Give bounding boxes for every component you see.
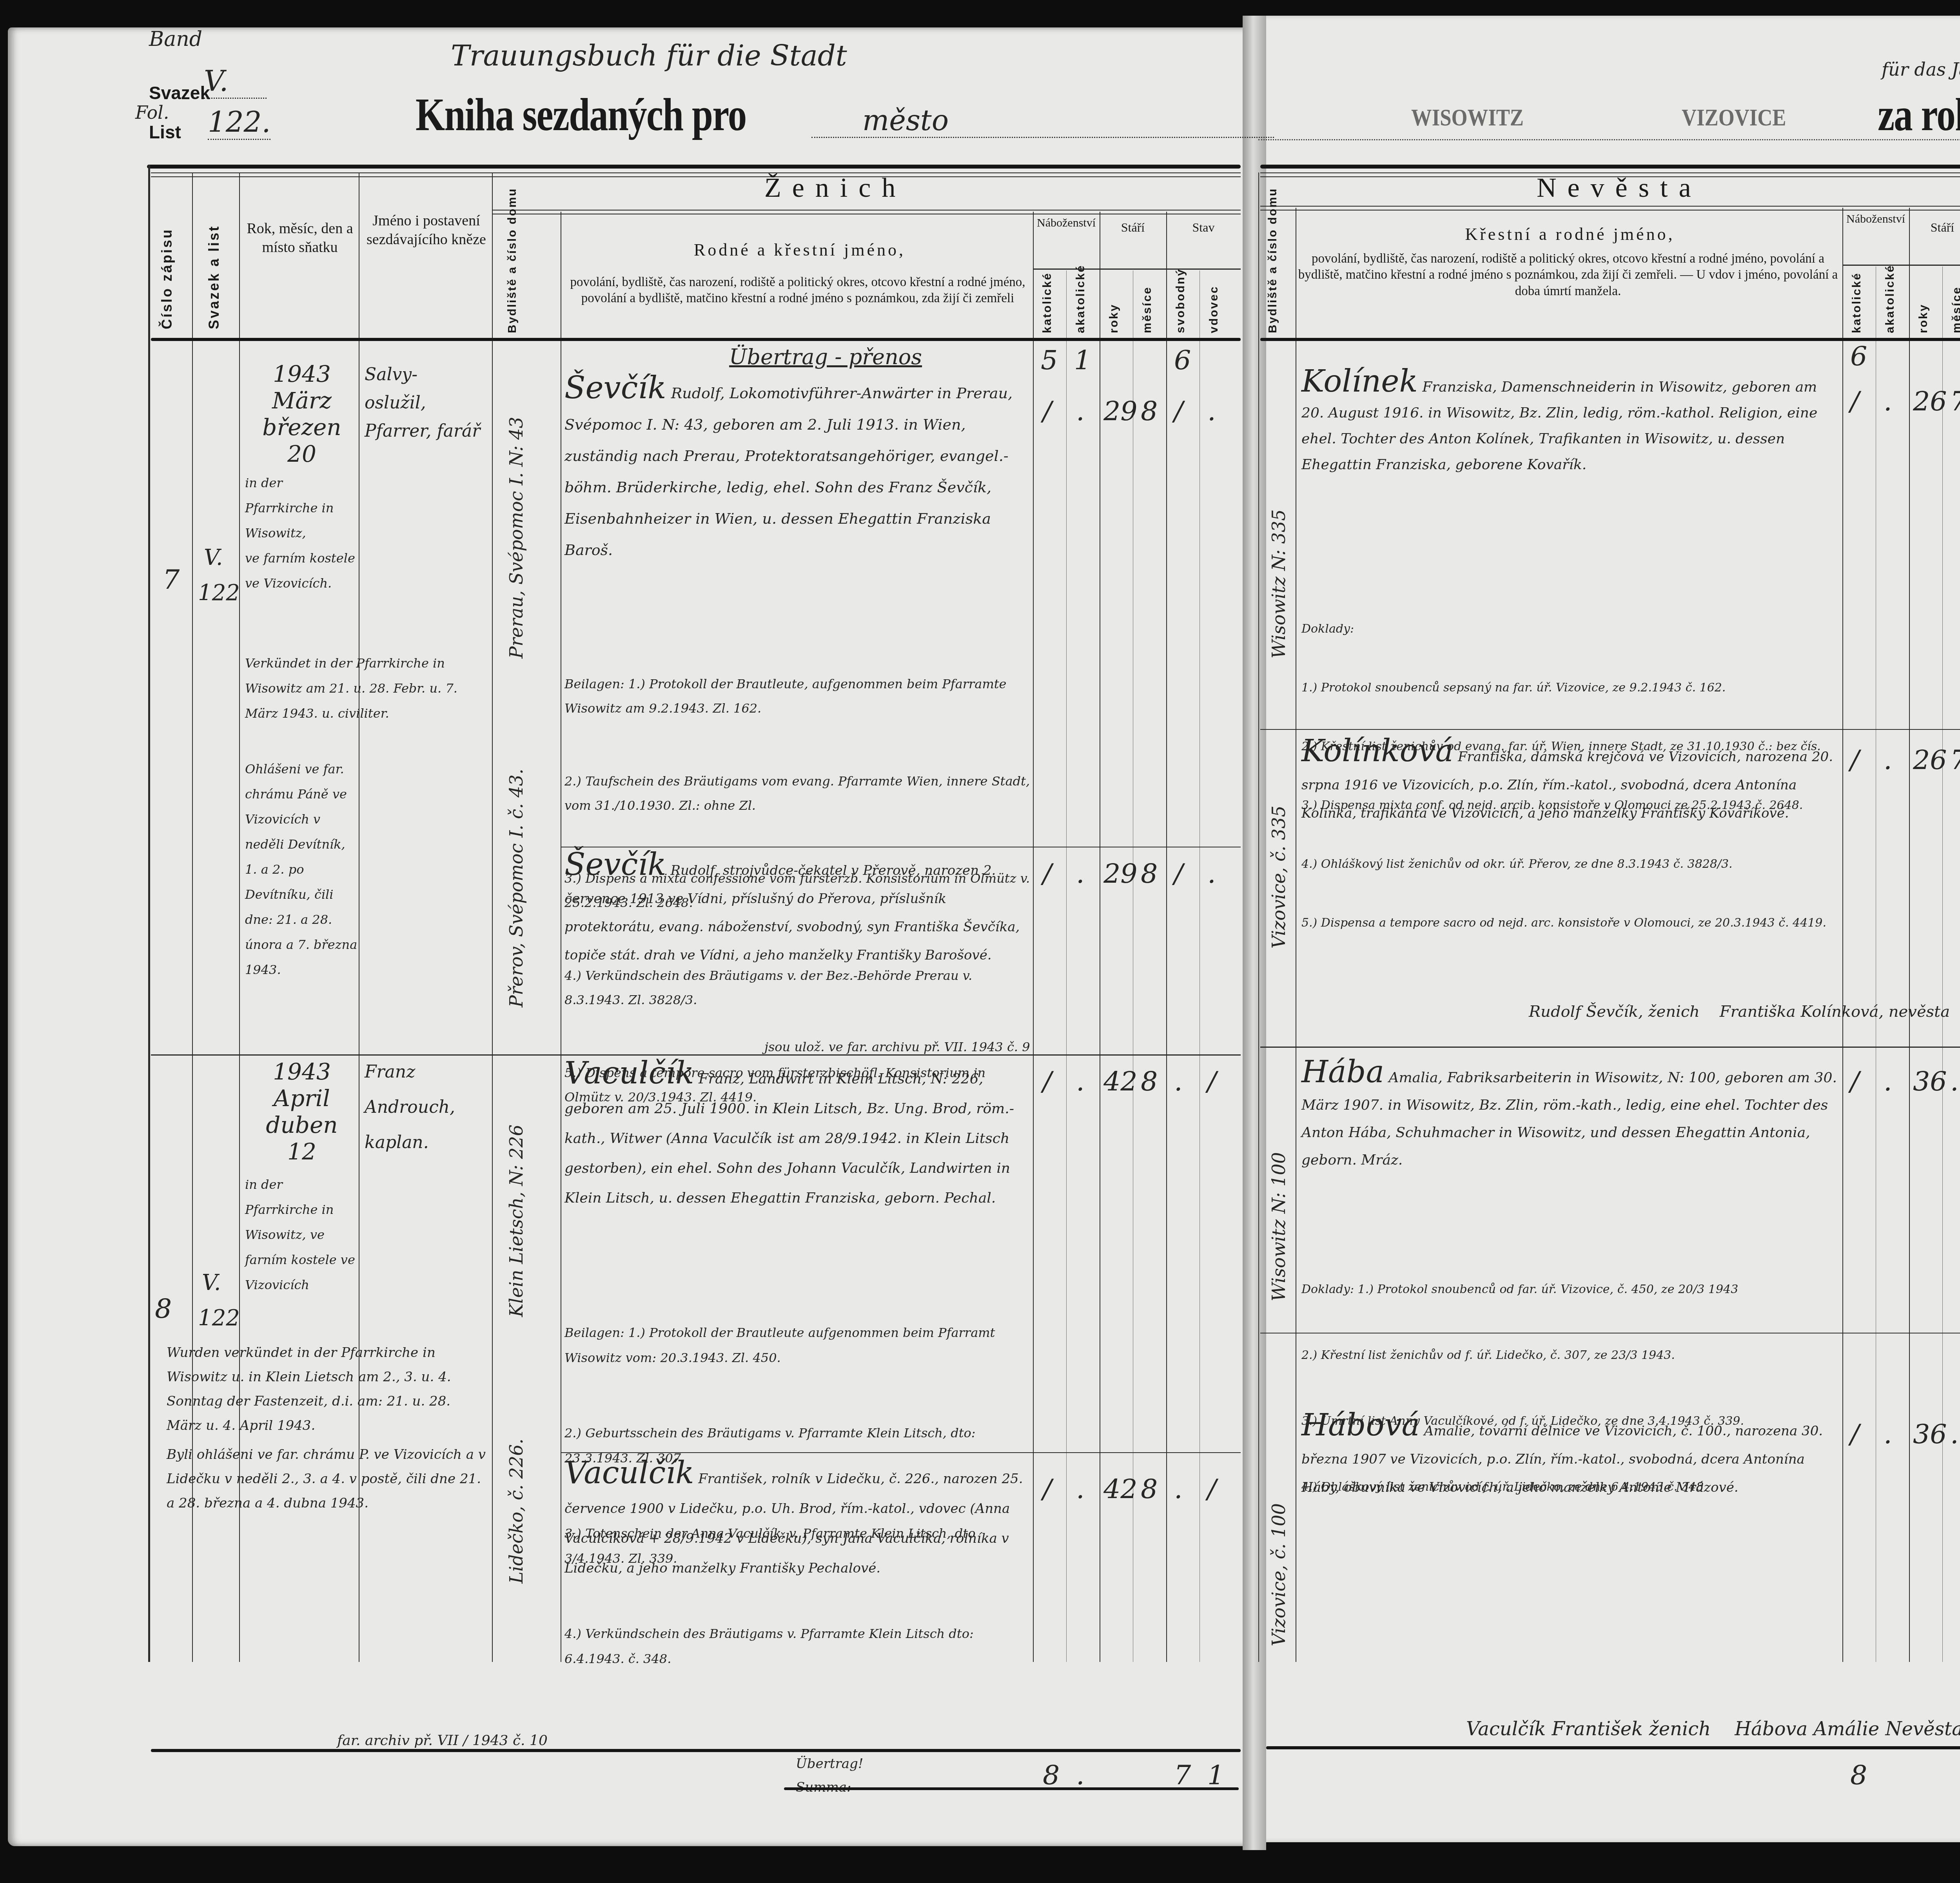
entry-divider (151, 1054, 1241, 1056)
entry-8-groom-months: 8 (1141, 1066, 1158, 1097)
entry-8-groom-residence-de: Klein Lietsch, N: 226 (506, 1058, 527, 1317)
entry-8-volume: V. (202, 1270, 221, 1295)
register-title-fill: město (811, 104, 1274, 138)
entry-8-groom-text-cz: Vaculčík František, rolník v Lidečku, č.… (564, 1458, 1031, 1583)
entry-divider (1260, 1047, 1960, 1048)
carry-bride-catholic: 6 (1850, 341, 1867, 372)
entry-7-groom-widower-cz: . (1207, 858, 1216, 889)
sub-entry-rule (1260, 729, 1960, 730)
header-bottom-rule (1260, 338, 1960, 341)
entry-8-banns-de: Wurden verkündet in der Pfarrkirche in W… (167, 1341, 488, 1438)
col-entry-number: Číslo zápisu (159, 227, 175, 329)
groom-section-title: Ženich (764, 172, 906, 204)
entry-7-groom-residence-cz: Přerov, Svépomoc I. č. 43. (506, 733, 527, 1007)
register-title: Kniha sezdaných pro (416, 88, 746, 141)
document-item: 4.) Verkündschein des Bräutigams v. Pfar… (564, 1621, 1031, 1671)
entry-7-groom-months-cz: 8 (1141, 858, 1158, 889)
col-divider (1166, 212, 1167, 1662)
svazek-label: Svazek (149, 82, 210, 103)
subheader-rule (1842, 265, 1960, 266)
entry-8-date: 1943 April duben 12 (247, 1058, 357, 1165)
entry-8-bride-catholic-cz: / (1850, 1419, 1859, 1450)
col-divider (1296, 208, 1296, 1662)
col-divider (1100, 212, 1100, 1662)
entry-7-banns-cz: Ohlášeni ve far. chrámu Páně ve Vizovicí… (245, 756, 359, 982)
document-item: Doklady: (1301, 619, 1960, 639)
entry-7-groom-noncatholic-cz: . (1076, 858, 1085, 889)
book-gutter (1243, 16, 1266, 1850)
entry-8-groom-catholic: / (1043, 1066, 1052, 1097)
section-rule (492, 210, 1241, 214)
entry-7-groom-text-de: Ševčík Rudolf, Lokomotivführer-Anwärter … (564, 372, 1031, 566)
entry-7-groom-surname: Ševčík (564, 370, 666, 406)
entry-7-groom-noncatholic: . (1076, 396, 1085, 427)
year-label: za rok 19 (1878, 88, 1960, 141)
book-scan: Band Trauungsbuch für die Stadt Svazek V… (0, 0, 1960, 1883)
entry-8-bride-years: 36 (1913, 1066, 1947, 1097)
entry-7-groom-months: 8 (1141, 396, 1158, 427)
entry-7-bride-catholic-cz: / (1850, 745, 1859, 776)
entry-7-signatures: Rudolf Ševčík, ženich Františka Kolínkov… (1529, 996, 1950, 1028)
entry-7-bride-surname-cz: Kolínková (1301, 733, 1454, 769)
entry-7-bride-years-cz: 26 (1913, 745, 1947, 776)
footer-total-widower: 1 (1207, 1760, 1224, 1791)
entry-7-bride-residence-de: Wisowitz N: 335 (1268, 376, 1289, 659)
document-item: Doklady: 1.) Protokol snoubenců od far. … (1301, 1279, 1960, 1301)
col-priest: Jméno i postavení sezdávajícího kněze (363, 212, 490, 249)
table-top-rule (1260, 165, 1960, 169)
year-dotted-line (1258, 139, 1960, 140)
entry-8-folio: 122 (198, 1305, 240, 1331)
stamp-wisowitz: WISOWITZ (1411, 104, 1524, 132)
document-item: 5.) Dispensa a tempore sacro od nejd. ar… (1301, 913, 1960, 933)
entry-8-groom-text-de: Vaculčík Franz, Landwirt in Klein Litsch… (564, 1058, 1031, 1213)
col-divider (1066, 270, 1067, 1662)
footer-archive-note: far. archiv př. VII / 1943 č. 10 (337, 1725, 548, 1757)
carry-groom-catholic: 5 (1041, 345, 1058, 376)
col-bride-age-years: roky (1917, 298, 1930, 333)
fol-label-handwritten: Fol. (135, 102, 169, 123)
entry-8-bride-noncatholic: . (1884, 1066, 1892, 1097)
entry-7-bride-noncatholic: . (1884, 386, 1892, 417)
entry-8-place: in der Pfarrkirche in Wisowitz, ve farní… (245, 1172, 359, 1297)
col-volume-folio: Svazek a list (206, 227, 222, 329)
header-bottom-rule (151, 338, 1241, 341)
entry-7-bride-years: 26 (1913, 386, 1947, 417)
footer-total-single: 7 (1174, 1760, 1191, 1791)
entry-7-groom-single-cz: / (1174, 858, 1183, 889)
footer-right-total-catholic: 8 (1850, 1760, 1867, 1791)
entry-8-bride-residence-de: Wisowitz N: 100 (1268, 1066, 1289, 1301)
entry-7-place: in der Pfarrkirche in Wisowitz, ve farní… (245, 470, 359, 596)
bride-section-title: Nevěsta (1537, 172, 1702, 204)
entry-7-bride-text-cz: Kolínková Františka, dámská krejčová ve … (1301, 737, 1838, 827)
entry-8-bride-months: . (1950, 1066, 1959, 1097)
left-table-border (148, 165, 150, 1662)
col-divider (359, 172, 359, 1662)
entry-8-groom-single-cz: . (1174, 1474, 1183, 1505)
entry-8-groom-details: Franz, Landwirt in Klein Litsch, N: 226,… (564, 1071, 1014, 1206)
entry-8-groom-years: 42 (1103, 1066, 1138, 1097)
entry-7-volume: V. (204, 545, 223, 570)
carry-groom-noncatholic: 1 (1074, 345, 1091, 376)
sub-entry-rule (561, 1452, 1241, 1453)
col-groom-widower: vdovec (1207, 290, 1221, 333)
entry-7-groom-single: / (1174, 396, 1183, 427)
stamp-vizovice: VIZOVICE (1682, 104, 1786, 132)
entry-8-bride-catholic: / (1850, 1066, 1859, 1097)
entry-8-groom-single: . (1174, 1066, 1183, 1097)
entry-8-number: 8 (155, 1293, 172, 1324)
col-bride-residence: Bydliště a číslo domu (1266, 235, 1279, 333)
document-item: 4.) Verkündschein des Bräutigams v. der … (564, 963, 1031, 1012)
col-bride-noncatholic: akatolické (1884, 274, 1897, 333)
entry-8-groom-noncatholic-cz: . (1076, 1474, 1085, 1505)
entry-7-groom-text-cz: Ševčík Rudolf, strojvůdce-čekatel v Přer… (564, 851, 1031, 969)
entry-7-groom-widower: . (1207, 396, 1216, 427)
col-religion: Náboženství (1035, 216, 1098, 230)
entry-7-bride-catholic: / (1850, 386, 1859, 417)
entry-8-bride-years-cz: 36 (1913, 1419, 1947, 1450)
col-bride-age-months: měsíce (1950, 290, 1960, 333)
handwritten-heading-de: Trauungsbuch für die Stadt (451, 39, 847, 72)
col-bride-age: Stáří (1911, 220, 1960, 235)
table-top-double-rule (151, 172, 1241, 177)
entry-7-groom-surname-cz: Ševčík (564, 847, 666, 882)
col-status: Stav (1168, 220, 1239, 235)
table-bottom-rule (1266, 1746, 1960, 1749)
document-item: Beilagen: 1.) Protokoll der Brautleute a… (564, 1320, 1031, 1370)
col-divider (561, 212, 561, 1662)
col-divider (239, 172, 240, 1662)
col-bride-religion: Náboženství (1844, 212, 1907, 227)
entry-8-signatures: Vaculčík František ženich Hábova Amálie … (1466, 1713, 1960, 1745)
col-age-years: roky (1107, 298, 1121, 333)
col-divider (192, 172, 193, 1662)
entry-7-number: 7 (163, 564, 180, 595)
entry-8-groom-residence-cz: Lidečko, č. 226. (506, 1380, 527, 1584)
entry-8-banns-cz: Byli ohlášeni ve far. chrámu P. ve Vizov… (167, 1442, 488, 1515)
entry-8-groom-surname-cz: Vaculčík (564, 1455, 694, 1491)
col-divider (1200, 270, 1200, 1662)
entry-8-bride-months-cz: . (1950, 1419, 1959, 1450)
entry-7-bride-residence-cz: Vizovice, č. 335 (1268, 753, 1289, 949)
document-item: 1.) Protokol snoubenců sepsaný na far. ú… (1301, 678, 1960, 698)
entry-7-groom-details: Rudolf, Lokomotivführer-Anwärter in Prer… (564, 385, 1017, 559)
carry-groom-single: 6 (1174, 345, 1191, 376)
entry-7-bride-months-cz: 7 (1950, 745, 1960, 776)
entry-8-groom-catholic-cz: / (1043, 1474, 1052, 1505)
document-item: 2.) Taufschein des Bräutigams vom evang.… (564, 769, 1031, 818)
list-value: 122. (208, 106, 270, 140)
entry-8-groom-years-cz: 42 (1103, 1474, 1138, 1505)
document-item: 4.) Ohláškový list ženichův od okr. úř. … (1301, 854, 1960, 874)
entry-7-bride-surname: Kolínek (1301, 364, 1418, 399)
summary-underline (784, 1787, 1239, 1790)
table-top-rule (147, 165, 1241, 169)
entry-7-groom-years-cz: 29 (1103, 858, 1138, 889)
entry-7-date: 1943 März březen 20 (247, 361, 357, 467)
col-religion-catholic: katolické (1041, 274, 1054, 333)
col-divider (1133, 270, 1133, 1662)
col-divider (1258, 172, 1259, 1662)
col-groom-single: svobodný (1174, 282, 1187, 333)
subheader-rule (1033, 268, 1241, 270)
col-bride-catholic: katolické (1850, 274, 1864, 333)
entry-7-bride-noncatholic-cz: . (1884, 745, 1892, 776)
footer-total-label: Übertrag! Summa: (796, 1752, 874, 1799)
col-groom-name-desc: povolání, bydliště, čas narození, rodišt… (568, 274, 1027, 307)
section-rule (1260, 206, 1960, 210)
col-bride-name-desc: povolání, bydliště, čas narození, rodišt… (1298, 251, 1838, 299)
col-divider (492, 172, 493, 1662)
entry-7-groom-years: 29 (1103, 396, 1138, 427)
entry-7-groom-catholic-cz: / (1043, 858, 1052, 889)
entry-7-bride-months: 7 (1950, 386, 1960, 417)
entry-7-folio: 122 (198, 580, 240, 606)
table-bottom-rule (151, 1749, 1241, 1752)
handwritten-year-note: für das Jahr: (1882, 59, 1960, 80)
entry-8-groom-noncatholic: . (1076, 1066, 1085, 1097)
entry-8-groom-surname: Vaculčík (564, 1056, 694, 1091)
entry-8-bride-residence-cz: Vizovice, č. 100 (1268, 1411, 1289, 1646)
entry-8-bride-text-cz: Hábová Amalie, tovární dělnice ve Vizovi… (1301, 1411, 1838, 1502)
entry-8-groom-widower: / (1207, 1066, 1216, 1097)
footer-total-noncatholic: . (1076, 1760, 1085, 1791)
col-age-months: měsíce (1141, 290, 1154, 333)
carry-over-label: Übertrag - přenos (729, 341, 922, 373)
entry-8-bride-surname: Hába (1301, 1054, 1384, 1090)
entry-7-groom-residence-de: Prerau, Svépomoc I. N: 43 (506, 361, 527, 659)
entry-8-bride-text-de: Hába Amalia, Fabriksarbeiterin in Wisowi… (1301, 1058, 1838, 1174)
band-label-handwritten: Band (149, 27, 202, 51)
list-label: List (149, 122, 181, 143)
entry-8-bride-noncatholic-cz: . (1884, 1419, 1892, 1450)
col-religion-noncatholic: akatolické (1074, 274, 1087, 333)
svazek-value: V. (204, 65, 267, 99)
entry-7-priest: Salvy- oslužil, Pfarrer, farář (365, 361, 490, 445)
entry-8-groom-months-cz: 8 (1141, 1474, 1158, 1505)
col-date-place: Rok, měsíc, den a místo sňatku (243, 220, 357, 257)
col-groom-residence: Bydliště a číslo domu (506, 235, 519, 333)
entry-7-groom-catholic: / (1043, 396, 1052, 427)
document-item: Beilagen: 1.) Protokoll der Brautleute, … (564, 672, 1031, 720)
entry-8-priest: Franz Androuch, kaplan. (365, 1054, 490, 1160)
entry-7-bride-text-de: Kolínek Franziska, Damenschneiderin in W… (1301, 368, 1838, 478)
col-groom-name-title: Rodné a křestní jméno, (576, 239, 1023, 261)
footer-total-catholic: 8 (1043, 1760, 1060, 1791)
document-item: 2.) Křestní list ženichův od f. úř. Lide… (1301, 1344, 1960, 1366)
col-bride-name-title: Křestní a rodné jméno, (1301, 223, 1838, 245)
col-age: Stáří (1102, 220, 1164, 235)
sub-entry-rule (1260, 1333, 1960, 1333)
entry-7-banns-de: Verkündet in der Pfarrkirche in Wisowitz… (245, 651, 488, 726)
entry-8-groom-widower-cz: / (1207, 1474, 1216, 1505)
entry-8-bride-surname-cz: Hábová (1301, 1408, 1420, 1443)
col-divider (1033, 212, 1034, 1662)
